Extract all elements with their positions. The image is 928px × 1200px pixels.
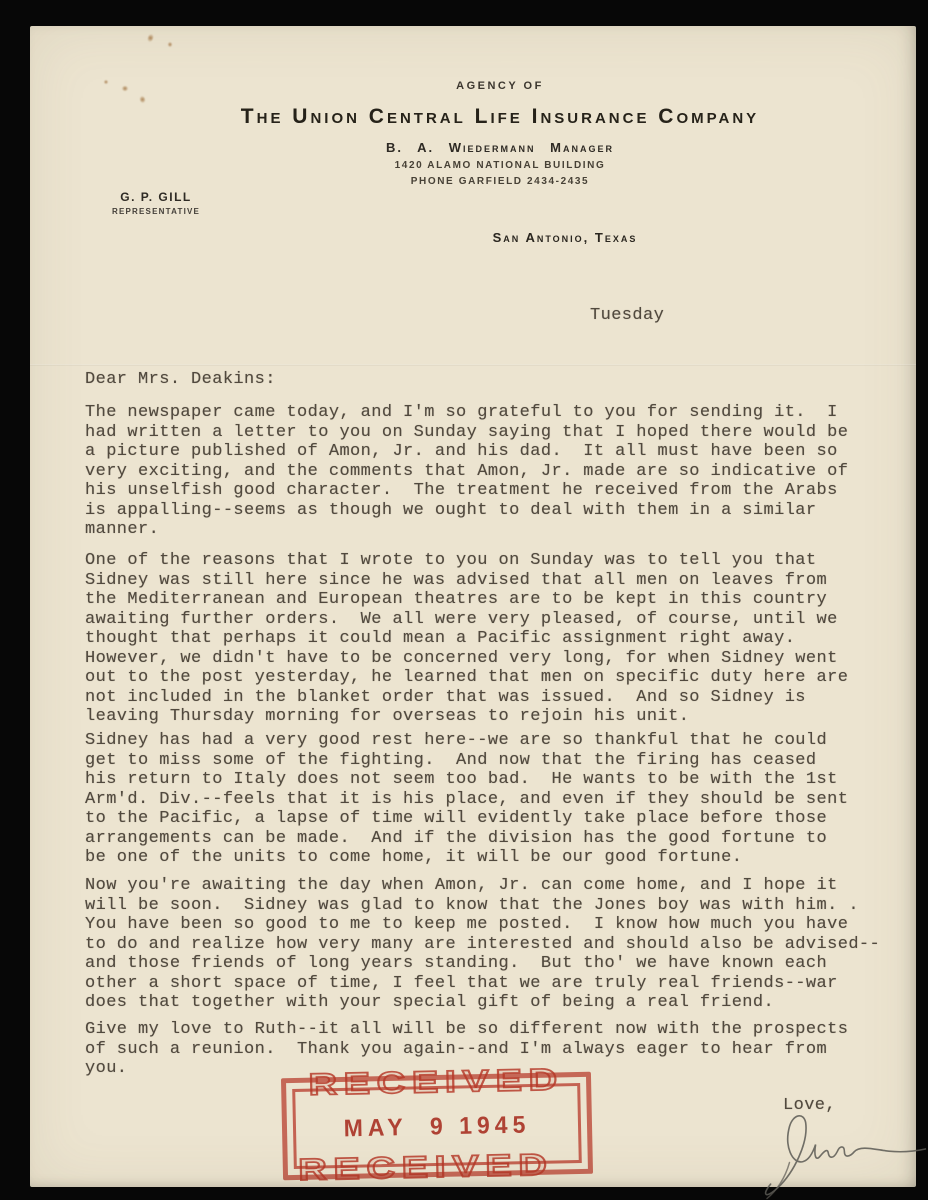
paper-smudge — [147, 33, 154, 42]
stamp-received-word-bottom: RECEIVED — [228, 1147, 625, 1190]
received-date-stamp: RECEIVED MAY 9 1945 RECEIVED — [281, 1072, 593, 1180]
representative-name: G. P. GILL — [112, 190, 200, 204]
signature-stroke — [766, 1116, 926, 1195]
representative-block: G. P. GILL REPRESENTATIVE — [112, 190, 200, 216]
manager-name: B. A. Wiedermann Manager — [100, 140, 900, 155]
letterhead: AGENCY OF The Union Central Life Insuran… — [100, 80, 900, 187]
building-address: 1420 ALAMO NATIONAL BUILDING — [100, 160, 900, 171]
letter-paragraph: Sidney has had a very good rest here--we… — [85, 731, 848, 868]
letter-paragraph: Now you're awaiting the day when Amon, J… — [85, 876, 880, 1013]
city-line: San Antonio, Texas — [430, 230, 700, 245]
letter-paragraph: The newspaper came today, and I'm so gra… — [85, 403, 848, 540]
agency-of-label: AGENCY OF — [100, 80, 900, 92]
salutation: Dear Mrs. Deakins: — [85, 370, 276, 390]
phone-number: PHONE GARFIELD 2434-2435 — [100, 176, 900, 187]
date-line: Tuesday — [590, 306, 664, 326]
paper-fold-line — [30, 364, 916, 366]
letter-page: AGENCY OF The Union Central Life Insuran… — [30, 26, 916, 1187]
representative-title: REPRESENTATIVE — [112, 207, 200, 216]
letter-paragraph: One of the reasons that I wrote to you o… — [85, 551, 848, 727]
company-name: The Union Central Life Insurance Company — [100, 105, 900, 129]
paper-smudge — [168, 42, 172, 47]
handwritten-signature-jane — [758, 1106, 928, 1200]
